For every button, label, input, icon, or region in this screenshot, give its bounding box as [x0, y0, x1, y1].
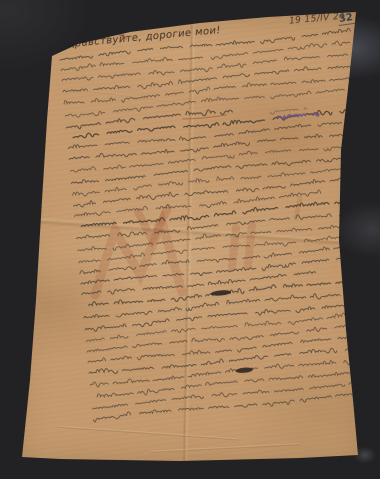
handwriting-line	[65, 85, 345, 118]
overwritten-word-purple	[276, 112, 319, 119]
handwriting-line	[88, 275, 376, 309]
letter-photograph: Здравствуйте, дорогие мои! 19 15/IV 24 3…	[0, 0, 380, 479]
handwriting-line	[90, 355, 380, 389]
page-number: 32	[337, 12, 354, 26]
censored-blot	[235, 367, 253, 374]
handwriting-line	[82, 271, 316, 297]
handwriting-line	[69, 130, 357, 164]
handwriting-line	[77, 220, 360, 254]
handwriting-lines	[58, 11, 380, 438]
handwriting-line	[62, 51, 348, 85]
handwriting-line	[88, 332, 380, 366]
handwriting-block: Здравствуйте, дорогие мои! 19 15/IV 24	[58, 11, 380, 438]
letter-paper: Здравствуйте, дорогие мои! 19 15/IV 24 3…	[0, 0, 380, 479]
handwriting-line	[89, 344, 375, 378]
handwriting-line	[66, 107, 233, 130]
handwriting-line	[71, 154, 353, 186]
handwriting-line	[74, 190, 321, 220]
handwriting-line	[70, 142, 353, 175]
censored-blot	[211, 289, 232, 296]
handwriting-line	[63, 62, 355, 96]
interline-insertion	[270, 107, 307, 114]
handwriting-line	[76, 208, 367, 241]
